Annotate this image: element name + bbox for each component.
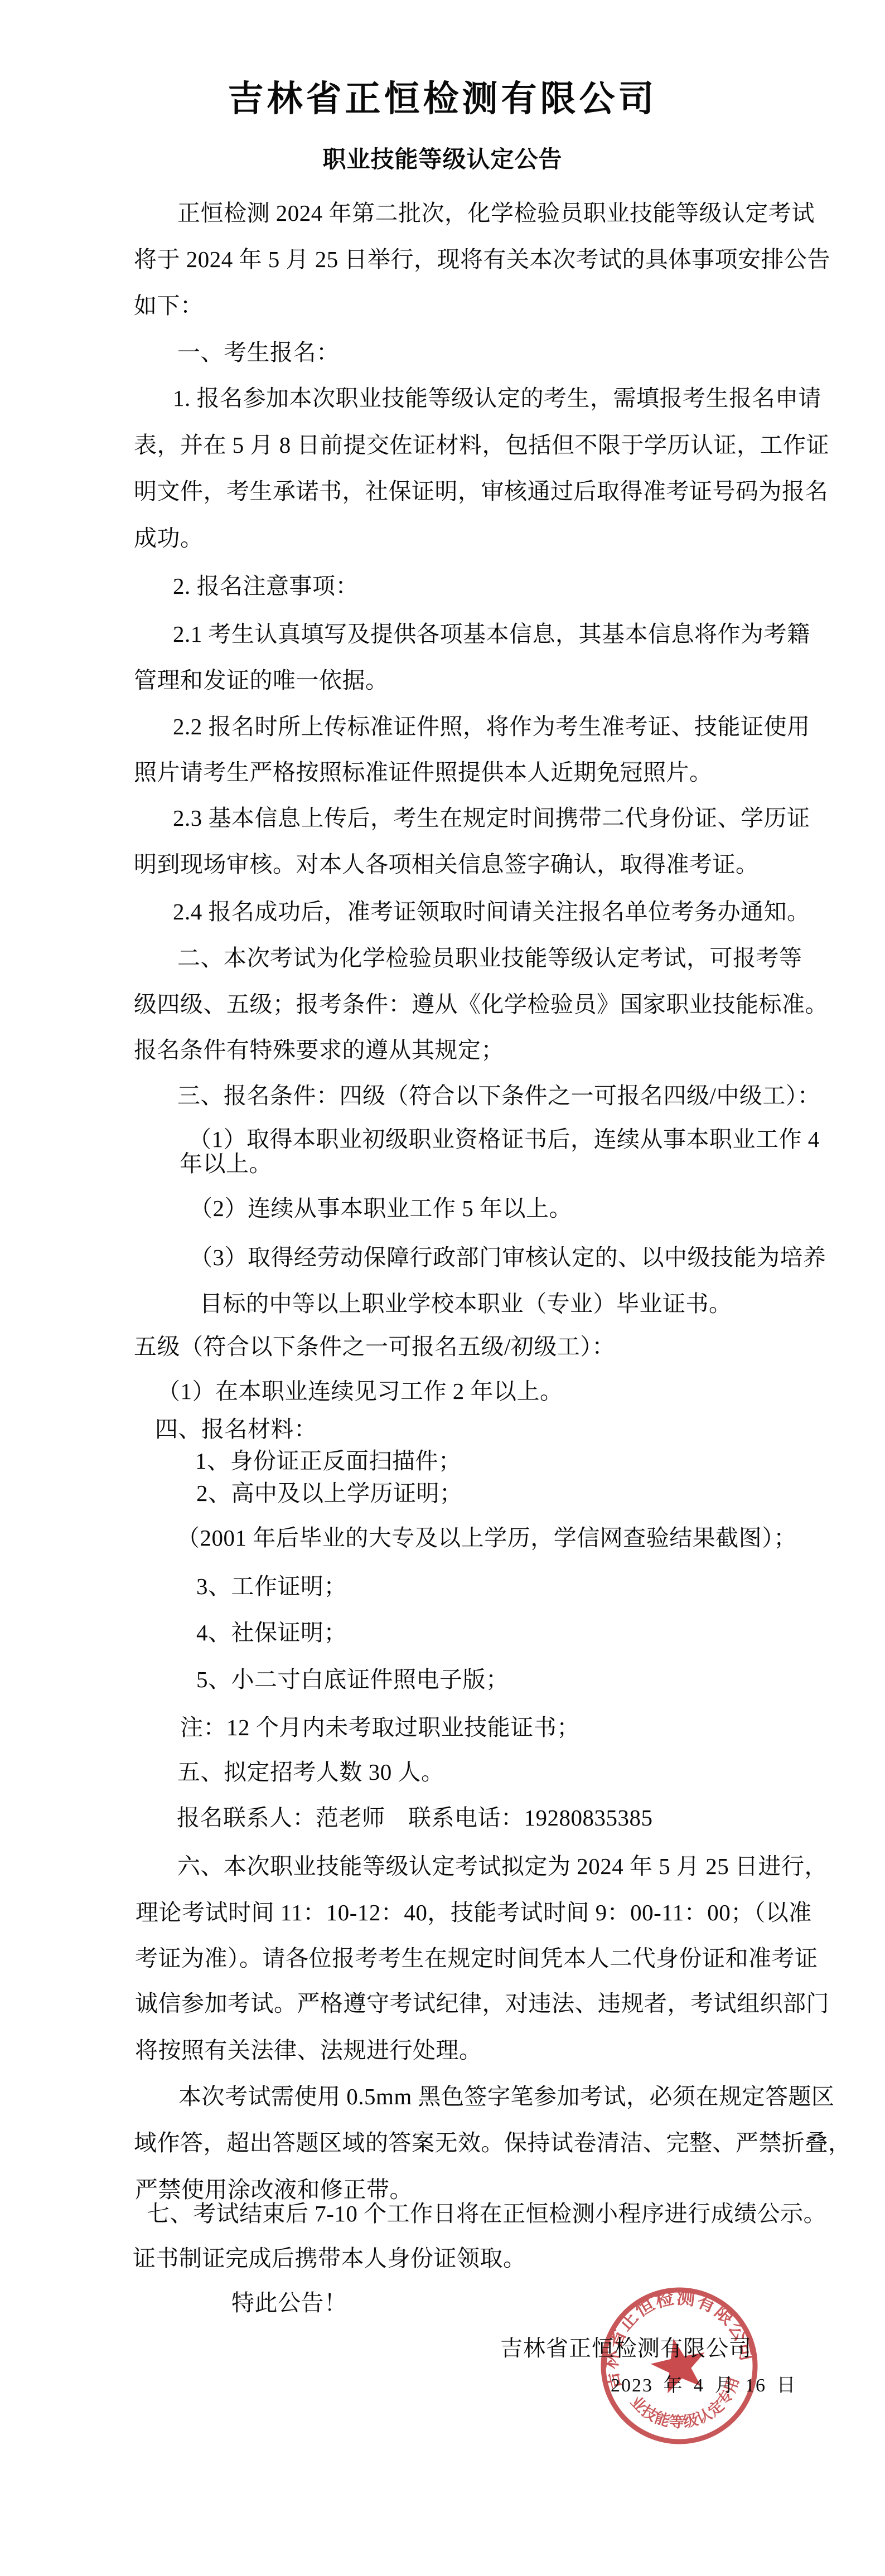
doc-line: 五、拟定招考人数 30 人。 bbox=[177, 1761, 444, 1784]
doc-line: 2.1 考生认真填写及提供各项基本信息，其基本信息将作为考籍 bbox=[173, 623, 810, 646]
doc-line: 域作答，超出答题区域的答案无效。保持试卷清洁、完整、严禁折叠， bbox=[134, 2132, 852, 2154]
signature-company: 吉林省正恒检测有限公司 bbox=[500, 2337, 752, 2360]
doc-line: 一、考生报名： bbox=[177, 341, 340, 364]
doc-line: 注：12 个月内未考取过职业技能证书； bbox=[180, 1716, 580, 1739]
doc-line: 考证为准）。请各位报考考生在规定时间凭本人二代身份证和准考证 bbox=[135, 1947, 818, 1970]
doc-line: 严禁使用涂改液和修正带。 bbox=[135, 2178, 413, 2201]
doc-line: 将按照有关法律、法规进行处理。 bbox=[135, 2039, 482, 2062]
doc-line: 诚信参加考试。严格遵守考试纪律，对违法、违规者，考试组织部门 bbox=[135, 1992, 829, 2015]
doc-line: 年以上。 bbox=[180, 1153, 272, 1175]
doc-line: 如下： bbox=[134, 294, 204, 317]
doc-line: 2.4 报名成功后，准考证领取时间请关注报名单位考务办通知。 bbox=[173, 900, 810, 923]
doc-line: 2、高中及以上学历证明； bbox=[196, 1482, 463, 1505]
doc-line: 本次考试需使用 0.5mm 黑色签字笔参加考试，必须在规定答题区 bbox=[178, 2085, 835, 2108]
doc-line: 级四级、五级；报考条件：遵从《化学检验员》国家职业技能标准。 bbox=[134, 993, 828, 1016]
doc-line: 5、小二寸白底证件照电子版； bbox=[196, 1668, 509, 1691]
doc-line: 将于 2024 年 5 月 25 日举行，现将有关本次考试的具体事项安排公告 bbox=[134, 248, 830, 271]
company-seal-stamp: 吉林省正恒检测有限公司 职业技能等级认定专用章 bbox=[580, 2267, 778, 2465]
doc-line: 明到现场审核。对本人各项相关信息签字确认，取得准考证。 bbox=[134, 853, 759, 876]
doc-line: （1）取得本职业初级职业资格证书后，连续从事本职业工作 4 bbox=[188, 1128, 820, 1151]
doc-line: （2）连续从事本职业工作 5 年以上。 bbox=[190, 1197, 572, 1220]
doc-line: （1）在本职业连续见习工作 2 年以上。 bbox=[157, 1380, 563, 1403]
doc-line: 七、考试结束后 7-10 个工作日将在正恒检测小程序进行成绩公示。 bbox=[147, 2202, 826, 2225]
doc-line: 3、工作证明； bbox=[196, 1575, 347, 1598]
doc-line: 照片请考生严格按照标准证件照提供本人近期免冠照片。 bbox=[134, 761, 713, 784]
doc-line: 理论考试时间 11：10-12：40，技能考试时间 9：00-11：00；（以准 bbox=[136, 1901, 812, 1924]
doc-line: 证书制证完成后携带本人身份证领取。 bbox=[133, 2247, 526, 2270]
doc-line: 特此公告！ bbox=[231, 2292, 347, 2314]
doc-line: 2.3 基本信息上传后，考生在规定时间携带二代身份证、学历证 bbox=[173, 807, 810, 830]
doc-line: 三、报名条件：四级（符合以下条件之一可报名四级/中级工）： bbox=[177, 1084, 820, 1107]
page-title: 吉林省正恒检测有限公司 bbox=[0, 81, 885, 117]
doc-line: 1、身份证正反面扫描件； bbox=[195, 1450, 462, 1473]
doc-line: 五级（符合以下条件之一可报名五级/初级工）： bbox=[134, 1335, 615, 1358]
doc-line: 目标的中等以上职业学校本职业（专业）毕业证书。 bbox=[200, 1292, 732, 1315]
doc-line: 四、报名材料： bbox=[155, 1418, 317, 1441]
doc-line: 六、本次职业技能等级认定考试拟定为 2024 年 5 月 25 日进行， bbox=[177, 1855, 828, 1878]
doc-line: 二、本次考试为化学检验员职业技能等级认定考试，可报考等 bbox=[177, 947, 802, 970]
signature-date: 2023 年 4 月 16 日 bbox=[611, 2376, 797, 2395]
doc-line: 2. 报名注意事项： bbox=[173, 575, 359, 598]
page-subtitle: 职业技能等级认定公告 bbox=[0, 148, 885, 172]
doc-line: （3）取得经劳动保障行政部门审核认定的、以中级技能为培养 bbox=[190, 1246, 826, 1269]
doc-line: 表，并在 5 月 8 日前提交佐证材料，包括但不限于学历认证，工作证 bbox=[134, 434, 829, 457]
doc-line: 2.2 报名时所上传标准证件照，将作为考生准考证、技能证使用 bbox=[173, 715, 810, 738]
doc-line: 4、社保证明； bbox=[196, 1621, 347, 1644]
doc-line: 正恒检测 2024 年第二批次，化学检验员职业技能等级认定考试 bbox=[177, 202, 815, 225]
announcement-page: 吉林省正恒检测有限公司 职业技能等级认定专用章 吉林省正恒检测有限公司 职业技能… bbox=[0, 0, 885, 2576]
doc-line: 报名条件有特殊要求的遵从其规定； bbox=[134, 1039, 504, 1062]
doc-line: 成功。 bbox=[134, 527, 204, 550]
doc-line: （2001 年后毕业的大专及以上学历，学信网查验结果截图）； bbox=[177, 1527, 797, 1550]
doc-line: 报名联系人：范老师 联系电话：19280835385 bbox=[177, 1807, 653, 1829]
doc-line: 明文件，考生承诺书，社保证明，审核通过后取得准考证号码为报名 bbox=[134, 480, 828, 503]
doc-line: 管理和发证的唯一依据。 bbox=[134, 669, 389, 692]
doc-line: 1. 报名参加本次职业技能等级认定的考生，需填报考生报名申请 bbox=[173, 387, 821, 410]
